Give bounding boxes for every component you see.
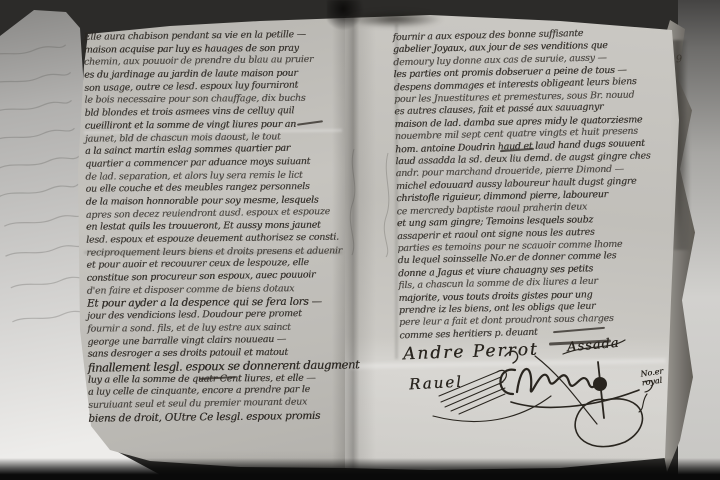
signature-notary-title: No.er royal [640,367,665,388]
binding-ink-smudge [344,10,444,28]
margin-paraphe-marks [346,145,406,260]
right-page-text: fournir a aux espouz des bonne suffisant… [393,26,680,342]
bleed-through-marks [0,40,90,440]
folio-number: 9 [675,54,682,66]
signature-block: Andre Perrot Assada Rauel No.er royal [393,332,695,478]
left-page-text: Elle aura chabison pendant sa vie en la … [84,28,369,425]
manuscript-photo: 9 Elle aura chabison pendant sa vie en l… [0,0,720,480]
bottom-edge-shadow [0,458,720,480]
signature-rauel: Rauel [409,373,464,394]
